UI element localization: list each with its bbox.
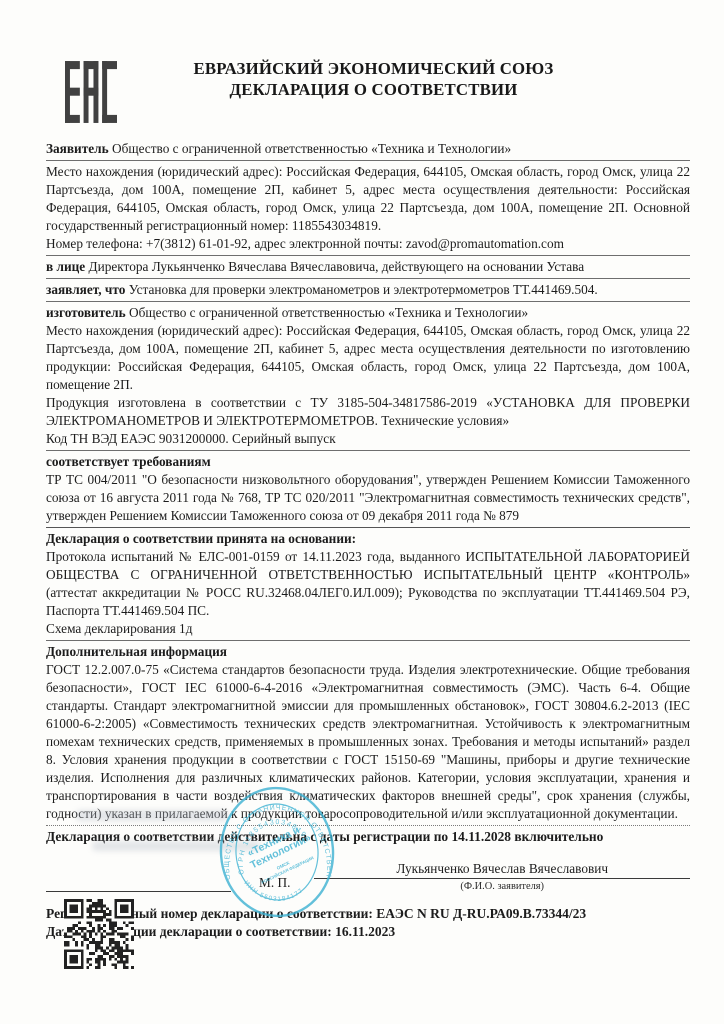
registration-block: Регистрационный номер декларации о соотв… [46,905,690,941]
manufacturer-row: изготовитель Общество с ограниченной отв… [46,304,690,322]
compliance-label: соответствует требованиям [46,453,690,471]
signatory-caption: (Ф.И.О. заявителя) [314,881,690,892]
divider [46,301,690,302]
basis-text: Протокола испытаний № ЕЛС-001-0159 от 14… [46,548,690,620]
eac-mark-icon [65,58,117,126]
applicant-label: Заявитель [46,141,109,156]
signatory-block: Лукьянченко Вячеслав Вячеславович (Ф.И.О… [314,860,690,892]
signatory-name: Лукьянченко Вячеслав Вячеславович [314,860,690,879]
applicant-person-row: в лице Директора Лукьянченко Вячеслава В… [46,258,690,276]
registration-number-value: ЕАЭС N RU Д-RU.РА09.В.73344/23 [376,906,586,921]
document-titles: ЕВРАЗИЙСКИЙ ЭКОНОМИЧЕСКИЙ СОЮЗ ДЕКЛАРАЦИ… [117,56,690,100]
signature-row: М. П. Лукьянченко Вячеслав Вячеславович … [46,862,690,892]
handwritten-signature-blur [76,810,228,821]
applicant-contacts: Номер телефона: +7(3812) 61-01-92, адрес… [46,235,690,253]
applicant-value: Общество с ограниченной ответственностью… [112,141,511,156]
registration-date-value: 16.11.2023 [335,924,395,939]
manufacturer-label: изготовитель [46,305,126,320]
manufacturer-address: Место нахождения (юридический адрес): Ро… [46,322,690,394]
applicant-address: Место нахождения (юридический адрес): Ро… [46,163,690,235]
basis-label: Декларация о соответствии принята на осн… [46,530,690,548]
qr-code [64,899,134,969]
divider [46,450,690,451]
registration-date-line: Дата регистрации декларации о соответств… [46,923,690,941]
stamp-place-label: М. П. [259,875,290,891]
compliance-text: ТР ТС 004/2011 "О безопасности низковоль… [46,471,690,525]
person-label: в лице [46,259,85,274]
statement-row: заявляет, что Установка для проверки эле… [46,281,690,299]
divider [46,160,690,161]
additional-info-text: ГОСТ 12.2.007.0-75 «Система стандартов б… [46,661,690,823]
document-header: ЕВРАЗИЙСКИЙ ЭКОНОМИЧЕСКИЙ СОЮЗ ДЕКЛАРАЦИ… [46,56,690,126]
manufacturer-value: Общество с ограниченной ответственностью… [129,305,528,320]
registration-number-line: Регистрационный номер декларации о соотв… [46,905,690,923]
handwritten-signature-blur [92,841,260,851]
dotted-divider [46,825,690,826]
statement-product: Установка для проверки электроманометров… [129,282,598,297]
declaration-scheme: Схема декларирования 1д [46,620,690,638]
signature-line [46,868,231,892]
statement-label: заявляет, что [46,282,125,297]
tn-ved-code: Код ТН ВЭД ЕАЭС 9031200000. Серийный вып… [46,430,690,448]
document-title: ДЕКЛАРАЦИЯ О СООТВЕТСТВИИ [117,79,630,100]
divider [46,255,690,256]
divider [46,640,690,641]
divider [46,527,690,528]
union-title: ЕВРАЗИЙСКИЙ ЭКОНОМИЧЕСКИЙ СОЮЗ [117,58,630,79]
declaration-document: ЕВРАЗИЙСКИЙ ЭКОНОМИЧЕСКИЙ СОЮЗ ДЕКЛАРАЦИ… [0,0,724,1024]
additional-info-label: Дополнительная информация [46,643,690,661]
person-value: Директора Лукьянченко Вячеслава Вячеслав… [89,259,585,274]
divider [46,278,690,279]
production-standard: Продукция изготовлена в соответствии с Т… [46,394,690,430]
applicant-row: Заявитель Общество с ограниченной ответс… [46,140,690,158]
